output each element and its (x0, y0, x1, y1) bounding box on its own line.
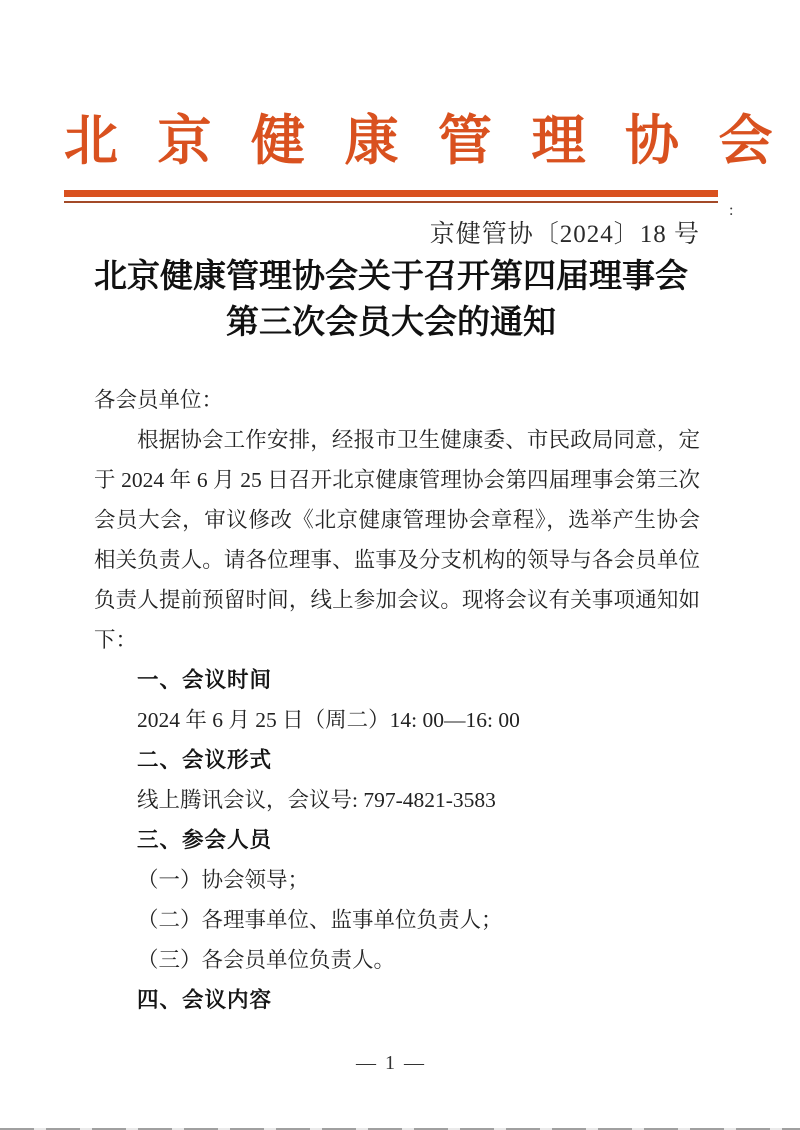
letterhead-rule-thick (64, 190, 718, 197)
section-item-attendees-2: （二）各理事单位、监事单位负责人； (137, 900, 700, 940)
section-heading-meeting-time: 一、会议时间 (137, 660, 700, 700)
section-item-meeting-time: 2024 年 6 月 25 日（周二）14: 00—16: 00 (137, 700, 700, 740)
notice-title-line-1: 北京健康管理协会关于召开第四届理事会 (64, 254, 718, 300)
paragraph-line: 根据协会工作安排，经报市卫生健康委、市民政局同意，定 (94, 420, 700, 460)
paragraph-line: 于 2024 年 6 月 25 日召开北京健康管理协会第四届理事会第三次 (94, 460, 700, 500)
paragraph-line: 负责人提前预留时间，线上参加会议。现将会议有关事项通知如 (94, 580, 700, 620)
scan-artifact-colon: : (729, 203, 733, 219)
salutation: 各会员单位： (94, 380, 700, 420)
page-content: 北 京 健 康 管 理 协 会 京健管协〔2024〕18 号 北京健康管理协会关… (64, 0, 718, 1130)
section-item-meeting-format: 线上腾讯会议，会议号: 797-4821-3583 (137, 780, 700, 820)
document-number: 京健管协〔2024〕18 号 (430, 218, 700, 252)
paragraph-line: 相关负责人。请各位理事、监事及分支机构的领导与各会员单位 (94, 540, 700, 580)
paragraph-line: 会员大会，审议修改《北京健康管理协会章程》，选举产生协会 (94, 500, 700, 540)
section-heading-meeting-format: 二、会议形式 (137, 740, 700, 780)
section-heading-meeting-content: 四、会议内容 (137, 980, 700, 1020)
notice-body: 各会员单位： 根据协会工作安排，经报市卫生健康委、市民政局同意，定 于 2024… (94, 380, 700, 1020)
section-item-attendees-3: （三）各会员单位负责人。 (137, 940, 700, 980)
section-heading-attendees: 三、参会人员 (137, 820, 700, 860)
letterhead-rule-thin (64, 201, 718, 203)
page-number: — 1 — (64, 1052, 718, 1075)
org-letterhead-title: 北 京 健 康 管 理 协 会 (64, 98, 718, 175)
section-item-attendees-1: （一）协会领导； (137, 860, 700, 900)
notice-title: 北京健康管理协会关于召开第四届理事会 第三次会员大会的通知 (64, 254, 718, 346)
document-page: 北 京 健 康 管 理 协 会 京健管协〔2024〕18 号 北京健康管理协会关… (0, 0, 800, 1130)
notice-title-line-2: 第三次会员大会的通知 (64, 300, 718, 346)
paragraph-line: 下： (94, 620, 700, 660)
